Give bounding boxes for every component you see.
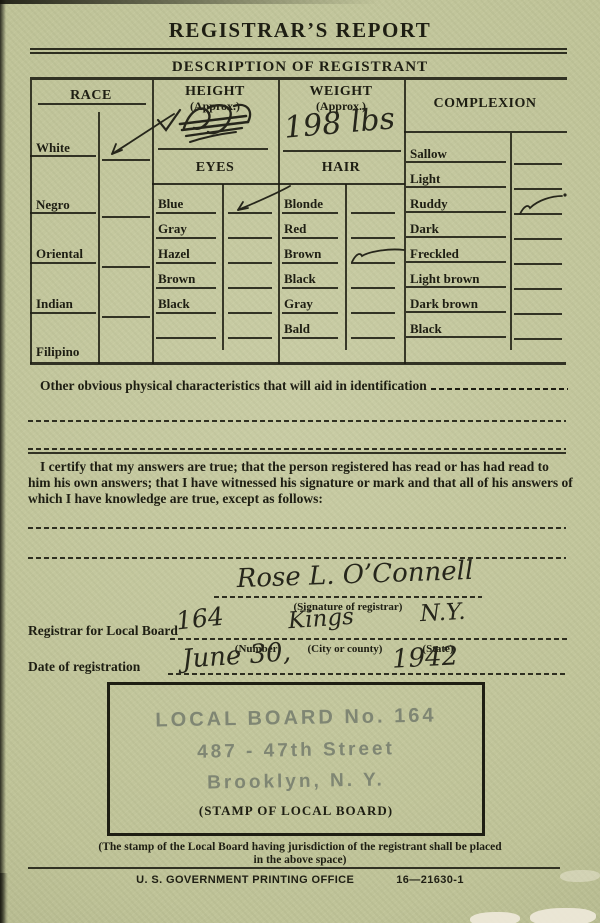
registration-date-label: Date of registration [28,659,140,675]
complexion-check-rule-dark [514,238,562,240]
complexion-rule-dark-brown [406,311,506,313]
race-rule-negro [30,212,96,214]
eyes-rule-hazel [156,262,216,264]
hair-rule-black [282,287,338,289]
weight-header: WEIGHT [278,84,404,100]
other-characteristics-label: Other obvious physical characteristics t… [40,378,427,393]
complexion-check-rule-sallow [514,163,562,165]
stamp-board-number: LOCAL BOARD No. 164 [110,704,482,733]
complexion-header-rule [404,131,567,133]
eyes-check-rule-black [228,312,272,314]
complexion-option-dark: Dark [410,221,439,237]
local-board-state-handwriting: N.Y. [419,599,466,627]
eyes-option-hazel: Hazel [158,246,190,262]
race-check-rule-indian [102,316,150,318]
section-title: DESCRIPTION OF REGISTRANT [0,59,600,76]
eyes-rule-black [156,312,216,314]
complexion-rule-light-brown [406,286,506,288]
page-title: REGISTRAR’S REPORT [0,18,600,43]
registrar-report-card: REGISTRAR’S REPORT DESCRIPTION OF REGIST… [0,0,600,923]
hair-rule-brown [282,262,338,264]
complexion-rule-ruddy [406,211,506,213]
complexion-option-freckled: Freckled [410,246,459,262]
stamp-box: LOCAL BOARD No. 164 487 - 47th Street Br… [107,682,485,836]
complexion-option-ruddy: Ruddy [410,196,448,212]
table-border-bottom [30,362,566,365]
eyes-check-rule-brown [228,287,272,289]
footer-rule [28,867,560,869]
eyes-check-divider [222,184,224,350]
hair-header-rule [278,183,405,185]
eyes-rule-gray [156,237,216,239]
blank-line-1 [28,420,566,422]
eyes-header: EYES [152,160,278,176]
other-characteristics-blank-line [431,388,568,390]
scan-edge-top [0,0,380,4]
complexion-rule-dark [406,236,506,238]
complexion-check-rule-dark-brown [514,313,562,315]
registration-date-line [168,673,567,675]
local-board-line [170,638,567,640]
stamp-box-caption: (STAMP OF LOCAL BOARD) [110,803,482,819]
race-check-rule-oriental [102,266,150,268]
eyes-check-rule-blank [228,337,272,339]
race-rule-oriental [30,262,96,264]
race-check-rule-white [102,159,150,161]
race-check-rule-negro [102,216,150,218]
hair-check-rule-black [351,287,395,289]
hair-option-black: Black [284,271,316,287]
hair-option-gray: Gray [284,296,313,312]
race-option-filipino: Filipino [36,344,79,360]
registration-date-monthday-handwriting: June 30, [181,637,292,675]
eyes-rule-blue [156,212,216,214]
stamp-city: Brooklyn, N. Y. [110,768,482,796]
hair-rule-blonde [282,212,338,214]
eyes-option-black: Black [158,296,190,312]
eyes-option-blue: Blue [158,196,183,212]
other-characteristics-row: Other obvious physical characteristics t… [40,378,568,393]
complexion-option-black: Black [410,321,442,337]
complexion-check-rule-light-brown [514,288,562,290]
section-rule [30,77,567,80]
race-header-rule [38,103,146,105]
complexion-rule-freckled [406,261,506,263]
hair-option-blonde: Blonde [284,196,323,212]
scan-tear-mark [470,912,520,923]
table-divider-height-weight [278,80,280,364]
eyes-check-rule-gray [228,237,272,239]
signature-line [214,596,482,598]
complexion-rule-light [406,186,506,188]
scan-tear-mark [560,870,600,882]
complexion-option-dark-brown: Dark brown [410,296,478,312]
complexion-rule-black [406,336,506,338]
light-complexion-check-mark [514,190,570,218]
eyes-rule-blank [156,337,216,339]
scan-corner-bottom-left [0,873,8,923]
certification-top-rule [28,452,566,454]
hair-option-brown: Brown [284,246,321,262]
table-border-left [30,80,32,364]
complexion-option-light: Light [410,171,440,187]
exceptions-line-1 [28,527,566,529]
hair-rule-gray [282,312,338,314]
certification-text: I certify that my answers are true; that… [28,459,574,507]
eyes-check-rule-hazel [228,262,272,264]
hair-check-divider [345,184,347,350]
hair-rule-bald [282,337,338,339]
hair-rule-red [282,237,338,239]
double-rule [30,48,567,54]
white-race-check-mark [98,106,182,158]
hair-option-bald: Bald [284,321,310,337]
hair-check-rule-bald [351,337,395,339]
scan-edge-left [0,0,6,923]
complexion-check-rule-black [514,338,562,340]
eyes-option-brown: Brown [158,271,195,287]
stamp-note: (The stamp of the Local Board having jur… [95,841,505,867]
race-option-indian: Indian [36,296,73,312]
eyes-option-gray: Gray [158,221,187,237]
form-number: 16—21630-1 [396,874,464,886]
scan-tear-mark [530,908,596,923]
registration-date-year-handwriting: 1942 [391,641,459,674]
eyes-rule-brown [156,287,216,289]
hair-header: HAIR [278,160,404,176]
complexion-header: COMPLEXION [404,96,566,112]
race-rule-white [30,155,96,157]
complexion-option-sallow: Sallow [410,146,447,162]
gpo-imprint: U. S. GOVERNMENT PRINTING OFFICE [136,874,354,886]
race-option-oriental: Oriental [36,246,83,262]
complexion-check-divider [510,133,512,350]
race-rule-indian [30,312,96,314]
footer: U. S. GOVERNMENT PRINTING OFFICE 16—2163… [0,874,600,886]
complexion-option-light-brown: Light brown [410,271,479,287]
race-option-negro: Negro [36,197,70,213]
complexion-rule-sallow [406,161,506,163]
complexion-check-rule-freckled [514,263,562,265]
hair-check-rule-red [351,237,395,239]
blank-line-2 [28,448,566,450]
local-board-number-handwriting: 164 [175,602,225,636]
race-option-white: White [36,140,70,156]
local-board-label: Registrar for Local Board [28,623,178,639]
race-header: RACE [30,88,152,104]
hair-check-rule-blonde [351,212,395,214]
city-caption: (City or county) [301,643,389,655]
weight-entry-rule [283,150,401,152]
table-divider-weight-complexion [404,80,406,364]
brown-hair-check-mark [348,244,410,268]
hair-check-rule-gray [351,312,395,314]
stamp-street: 487 - 47th Street [110,737,482,765]
local-board-city-handwriting: Kings [287,604,355,635]
registrar-signature-handwriting: Rose L. O’Connell [205,555,506,595]
hair-option-red: Red [284,221,306,237]
